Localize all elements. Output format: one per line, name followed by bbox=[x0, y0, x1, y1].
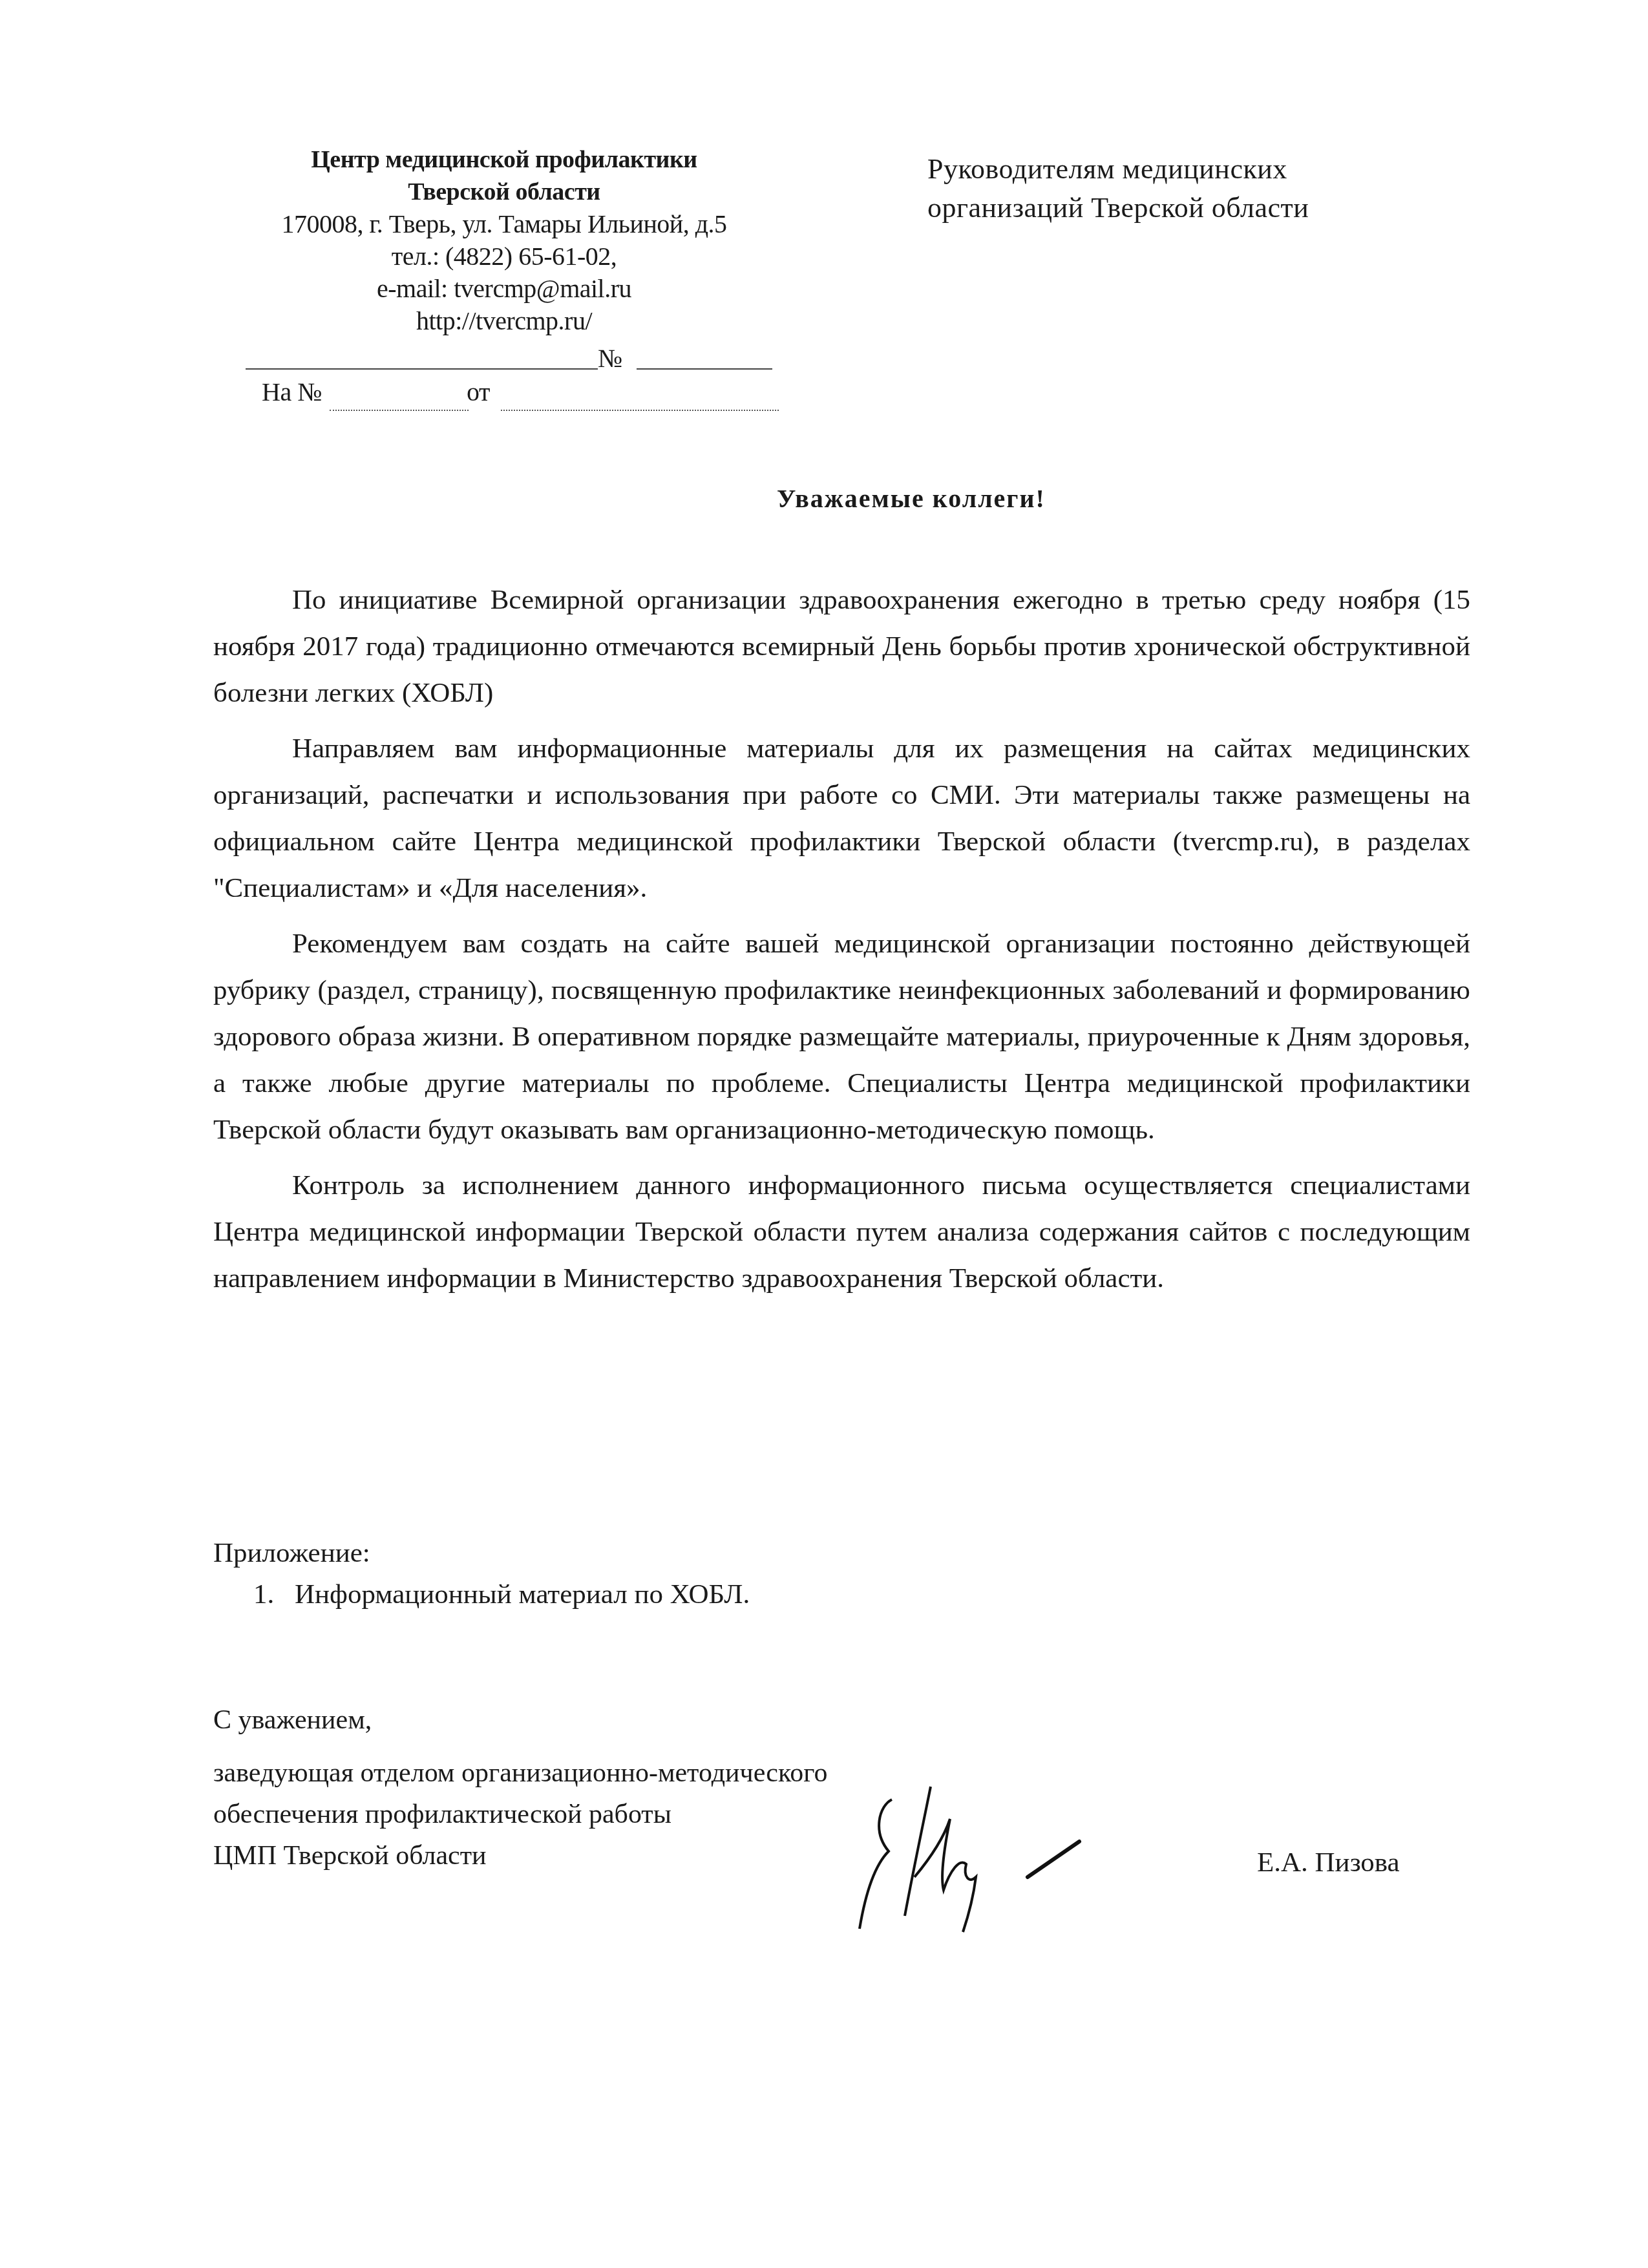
paragraph-control: Контроль за исполнением данного информац… bbox=[213, 1162, 1470, 1302]
signer-position-line2: обеспечения профилактической работы bbox=[213, 1794, 827, 1835]
signer-name: Е.А. Пизова bbox=[1257, 1847, 1400, 1878]
paragraph-materials: Направляем вам информационные материалы … bbox=[213, 726, 1470, 912]
addressee-line2: организаций Тверской области bbox=[927, 189, 1509, 227]
addressee-line1: Руководителям медицинских bbox=[927, 150, 1509, 189]
reply-number-label: На № bbox=[262, 376, 322, 408]
attachment-section: Приложение: 1.Информационный материал по… bbox=[213, 1533, 750, 1615]
attachment-item-text: Информационный материал по ХОБЛ. bbox=[295, 1579, 750, 1610]
paragraph-recommendation: Рекомендуем вам создать на сайте вашей м… bbox=[213, 921, 1470, 1153]
signer-position-line3: ЦМП Тверской области bbox=[213, 1835, 827, 1876]
org-website: http://tvercmp.ru/ bbox=[239, 305, 769, 337]
closing-block: С уважением, заведующая отделом организа… bbox=[213, 1699, 827, 1876]
number-label: № bbox=[598, 342, 622, 375]
signer-position-line1: заведующая отделом организационно-методи… bbox=[213, 1752, 827, 1794]
attachment-item-number: 1. bbox=[253, 1574, 295, 1615]
outgoing-number-line: № bbox=[239, 339, 769, 376]
reply-date-blank bbox=[501, 410, 779, 411]
closing-regards: С уважением, bbox=[213, 1699, 827, 1741]
org-phone: тел.: (4822) 65-61-02, bbox=[239, 240, 769, 273]
letter-body: По инициативе Всемирной организации здра… bbox=[213, 577, 1470, 1302]
paragraph-copd-day: По инициативе Всемирной организации здра… bbox=[213, 577, 1470, 717]
org-name-line2: Тверской области bbox=[239, 176, 769, 208]
number-blank-line bbox=[637, 368, 772, 370]
reply-reference-line: На № от bbox=[239, 376, 769, 415]
greeting: Уважаемые коллеги! bbox=[0, 483, 1648, 514]
reply-from-label: от bbox=[467, 376, 490, 408]
org-name-line1: Центр медицинской профилактики bbox=[239, 143, 769, 176]
handwritten-signature-icon bbox=[853, 1780, 1125, 1935]
attachment-label: Приложение: bbox=[213, 1533, 750, 1574]
date-blank-line bbox=[246, 368, 598, 370]
reply-number-blank bbox=[330, 410, 469, 411]
org-email: e-mail: tvercmp@mail.ru bbox=[239, 273, 769, 305]
letterhead: Центр медицинской профилактики Тверской … bbox=[239, 143, 769, 415]
addressee: Руководителям медицинских организаций Тв… bbox=[927, 150, 1509, 227]
attachment-item: 1.Информационный материал по ХОБЛ. bbox=[213, 1574, 750, 1615]
org-address: 170008, г. Тверь, ул. Тамары Ильиной, д.… bbox=[239, 208, 769, 240]
